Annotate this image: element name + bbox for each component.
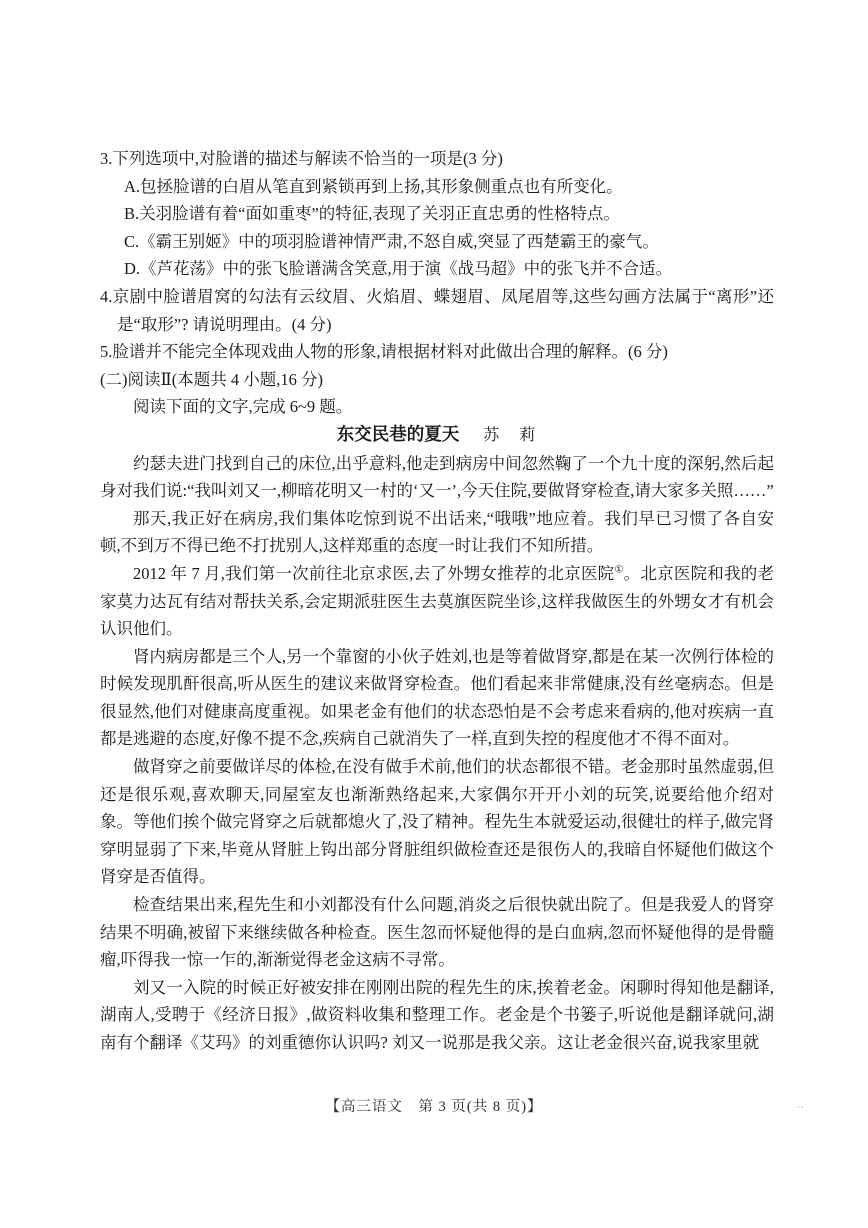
passage-paragraph-3: 2012 年 7 月,我们第一次前往北京求医,去了外甥女推荐的北京医院①。北京医… (100, 560, 774, 643)
reading-instruction: 阅读下面的文字,完成 6~9 题。 (100, 393, 774, 421)
question-3-stem: 3.下列选项中,对脸谱的描述与解读不恰当的一项是(3 分) (100, 145, 774, 173)
questions-section: 3.下列选项中,对脸谱的描述与解读不恰当的一项是(3 分) A.包拯脸谱的白眉从… (100, 145, 774, 421)
passage-paragraph-6: 检查结果出来,程先生和小刘都没有什么问题,消炎之后很快就出院了。但是我爱人的肾穿… (100, 891, 774, 974)
passage-paragraph-5: 做肾穿之前要做详尽的体检,在没有做手术前,他们的状态都很不错。老金那时虽然虚弱,… (100, 753, 774, 891)
section-2-header: (二)阅读Ⅱ(本题共 4 小题,16 分) (100, 366, 774, 394)
question-4: 4.京剧中脸谱眉窝的勾法有云纹眉、火焰眉、蝶翅眉、凤尾眉等,这些勾画方法属于“离… (100, 283, 774, 338)
passage-paragraph-1: 约瑟夫进门找到自己的床位,出乎意料,他走到病房中间忽然鞠了一个九十度的深躬,然后… (100, 450, 774, 505)
passage-author: 苏 莉 (483, 427, 537, 444)
scan-artifact: ‥ (797, 1100, 804, 1111)
question-3-option-d: D.《芦花荡》中的张飞脸谱满含笑意,用于演《战马超》中的张飞并不合适。 (100, 255, 774, 283)
question-5: 5.脸谱并不能完全体现戏曲人物的形象,请根据材料对此做出合理的解释。(6 分) (100, 338, 774, 366)
passage-body: 约瑟夫进门找到自己的床位,出乎意料,他走到病房中间忽然鞠了一个九十度的深躬,然后… (100, 450, 774, 1057)
exam-page: 3.下列选项中,对脸谱的描述与解读不恰当的一项是(3 分) A.包拯脸谱的白眉从… (0, 0, 868, 1228)
question-3-option-a: A.包拯脸谱的白眉从笔直到紧锁再到上扬,其形象侧重点也有所变化。 (100, 173, 774, 201)
page-number-label: 【高三语文 第 3 页(共 8 页)】 (325, 1099, 542, 1115)
passage-paragraph-4: 肾内病房都是三个人,另一个靠窗的小伙子姓刘,也是等着做肾穿,都是在某一次例行体检… (100, 643, 774, 753)
footnote-ref-1: ① (614, 564, 623, 575)
page-content: 3.下列选项中,对脸谱的描述与解读不恰当的一项是(3 分) A.包拯脸谱的白眉从… (100, 145, 774, 1057)
passage-paragraph-2: 那天,我正好在病房,我们集体吃惊到说不出话来,“哦哦”地应着。我们早已习惯了各自… (100, 505, 774, 560)
passage-title: 东交民巷的夏天 (337, 424, 460, 444)
paragraph-3-text-before-note: 2012 年 7 月,我们第一次前往北京求医,去了外甥女推荐的北京医院 (133, 564, 614, 583)
question-3-option-b: B.关羽脸谱有着“面如重枣”的特征,表现了关羽正直忠勇的性格特点。 (100, 200, 774, 228)
passage-paragraph-7: 刘又一入院的时候正好被安排在刚刚出院的程先生的床,挨着老金。闲聊时得知他是翻译,… (100, 974, 774, 1057)
passage-title-line: 东交民巷的夏天苏 莉 (100, 421, 774, 450)
page-footer: 【高三语文 第 3 页(共 8 页)】 (0, 1095, 868, 1116)
question-3-option-c: C.《霸王别姬》中的项羽脸谱神情严肃,不怒自威,突显了西楚霸王的豪气。 (100, 228, 774, 256)
